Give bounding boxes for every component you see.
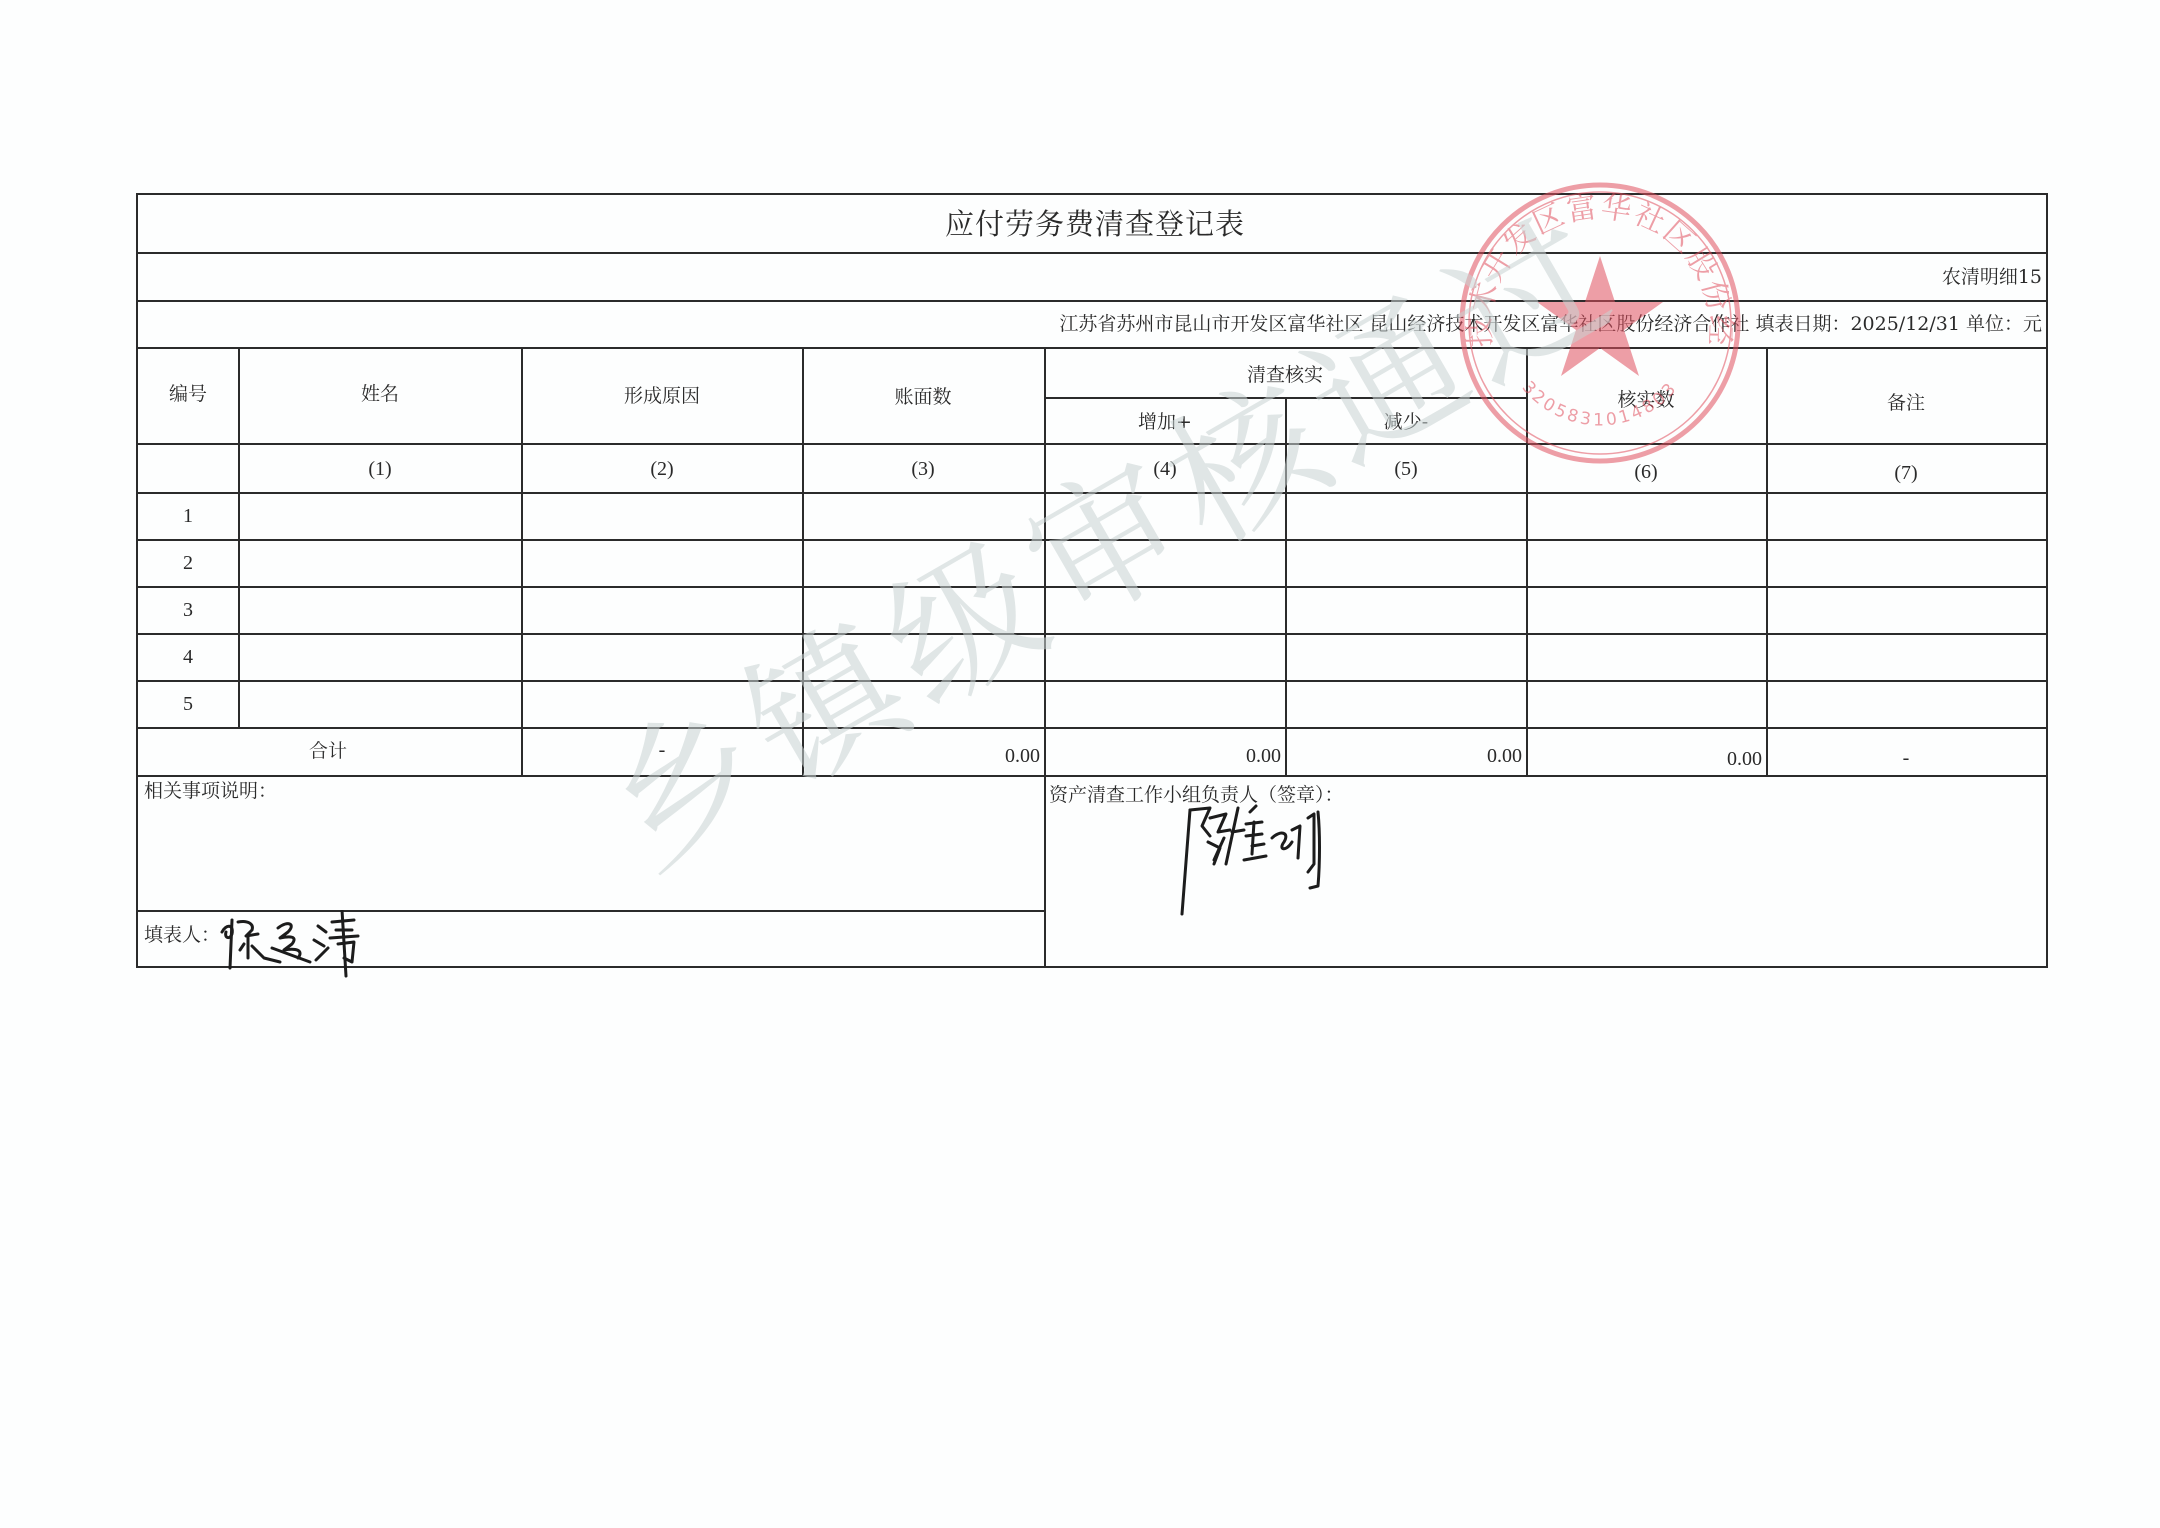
- header-reason: 形成原因: [624, 387, 700, 406]
- table-border: [1766, 347, 1768, 775]
- column-index: (4): [1153, 459, 1176, 479]
- table-border: [136, 300, 2048, 302]
- table-border: [1526, 347, 1528, 775]
- leader-label: 资产清查工作小组负责人（签章）：: [1049, 786, 1344, 805]
- header-book-value: 账面数: [894, 388, 951, 407]
- header-increase: 增加+: [1138, 413, 1192, 432]
- page-title: 应付劳务费清查登记表: [945, 210, 1245, 239]
- table-border: [136, 252, 2048, 254]
- column-index: (5): [1394, 459, 1417, 479]
- column-index: (3): [911, 459, 934, 479]
- table-row-id: 2: [183, 553, 193, 573]
- form-sheet: 应付劳务费清查登记表 农清明细15 江苏省苏州市昆山市开发区富华社区 昆山经济技…: [0, 0, 2160, 1528]
- table-border: [136, 727, 2048, 729]
- table-border: [136, 193, 138, 968]
- header-verification-group: 清查核实: [1247, 366, 1323, 385]
- header-decrease: 减少-: [1384, 413, 1428, 432]
- table-border: [2046, 193, 2048, 968]
- total-verified: 0.00: [1727, 749, 1762, 769]
- column-index: (2): [650, 459, 673, 479]
- table-border: [802, 347, 804, 775]
- table-border: [136, 910, 1045, 912]
- table-row-id: 1: [183, 506, 193, 526]
- preparer-signature: [218, 910, 398, 980]
- table-cell-name[interactable]: [240, 541, 520, 585]
- table-border: [136, 347, 2048, 349]
- total-reason: -: [659, 740, 666, 760]
- header-id: 编号: [169, 385, 207, 404]
- table-border: [136, 775, 2048, 777]
- table-cell-name[interactable]: [240, 635, 520, 679]
- column-index: (7): [1894, 463, 1917, 483]
- total-increase: 0.00: [1246, 746, 1281, 766]
- table-cell-name[interactable]: [240, 588, 520, 632]
- header-verified: 核实数: [1617, 391, 1674, 410]
- header-remarks: 备注: [1887, 394, 1925, 413]
- header-name: 姓名: [361, 385, 399, 404]
- form-code: 农清明细15: [1942, 268, 2042, 287]
- table-border: [521, 347, 523, 775]
- column-index: (6): [1634, 462, 1657, 482]
- table-border: [136, 193, 2048, 195]
- table-row-id: 4: [183, 647, 193, 667]
- column-index: (1): [368, 459, 391, 479]
- table-cell-name[interactable]: [240, 682, 520, 726]
- table-border: [1285, 397, 1287, 775]
- total-decrease: 0.00: [1487, 746, 1522, 766]
- preparer-label: 填表人：: [144, 926, 220, 945]
- table-row-id: 3: [183, 600, 193, 620]
- table-border: [1044, 347, 1046, 968]
- table-row-id: 5: [183, 694, 193, 714]
- total-book-value: 0.00: [1005, 746, 1040, 766]
- total-remarks: -: [1903, 748, 1910, 768]
- table-border: [136, 443, 2048, 445]
- notes-label: 相关事项说明：: [144, 782, 277, 801]
- table-border: [136, 966, 2048, 968]
- leader-signature: [1180, 802, 1370, 922]
- total-label: 合计: [309, 742, 347, 761]
- table-cell-name[interactable]: [240, 494, 520, 538]
- info-line: 江苏省苏州市昆山市开发区富华社区 昆山经济技术开发区富华社区股份经济合作社 填表…: [1059, 315, 2042, 334]
